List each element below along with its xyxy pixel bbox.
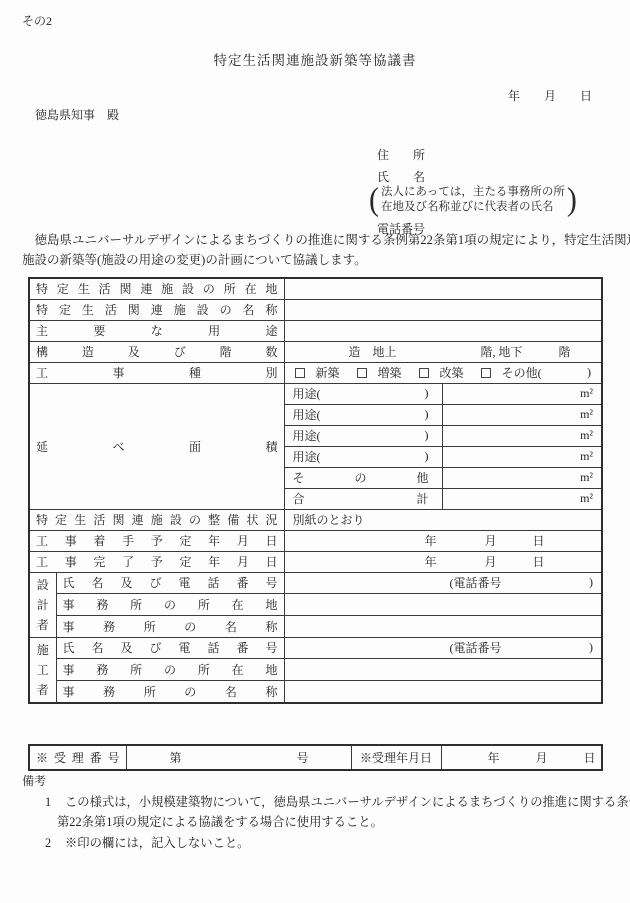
checkbox-new-construction[interactable] bbox=[295, 368, 305, 378]
note-item-2-text: ※印の欄には，記入しないこと。 bbox=[65, 836, 249, 850]
table-row: 工 事 完 了 予 定 年 月 日 年 月 日 bbox=[29, 551, 602, 572]
receipt-table: ※ 受 理 番 号 第号 ※受理年月日 年 月 日 bbox=[28, 744, 603, 771]
body-paragraph-line1: 徳島県ユニバーサルデザインによるまちづくりの推進に関する条例第22条第1項の規定… bbox=[22, 230, 630, 248]
table-row: 事 務 所 の 名 称 bbox=[29, 615, 602, 637]
work-type-field: 新築 増築 改築 その他( ) bbox=[284, 362, 602, 383]
applicant-address-label: 住 所 bbox=[377, 146, 425, 163]
use-open: 用途( bbox=[293, 427, 321, 444]
body-paragraph-line2: 施設の新築等(施設の用途の変更)の計画について協議します。 bbox=[22, 250, 367, 268]
builder-office-address-field[interactable] bbox=[284, 659, 602, 681]
builder-char: 者 bbox=[37, 681, 49, 698]
area-use-4[interactable]: 用途() bbox=[284, 446, 442, 467]
builder-name-phone-field[interactable]: (電話番号) bbox=[284, 637, 602, 659]
notes-heading: 備考 bbox=[22, 772, 46, 789]
use-open: 用途( bbox=[293, 406, 321, 423]
facility-name-label: 特 定 生 活 関 連 施 設 の 名 称 bbox=[29, 299, 284, 320]
phone-paren-close: ) bbox=[589, 640, 593, 655]
note-item-1-line1: 1この様式は，小規模建築物について，徳島県ユニバーサルデザインによるまちづくりの… bbox=[45, 792, 630, 810]
use-close: ) bbox=[425, 428, 429, 443]
corporation-note-line1: 法人にあっては，主たる事務所の所 bbox=[381, 185, 565, 200]
table-row: 工 事 種 別 新築 増築 改築 その他( ) bbox=[29, 362, 602, 383]
area-value-1[interactable]: m² bbox=[442, 383, 602, 404]
maintenance-status-label: 特 定 生 活 関 連 施 設 の 整 備 状 況 bbox=[29, 509, 284, 530]
designer-name-phone-label: 氏 名 及 び 電 話 番 号 bbox=[56, 572, 284, 594]
table-row: 主 要 な 用 途 bbox=[29, 320, 602, 341]
phone-paren-open: (電話番号 bbox=[450, 574, 502, 591]
area-value-4[interactable]: m² bbox=[442, 446, 602, 467]
corporation-note: ( 法人にあっては，主たる事務所の所 在地及び名称並びに代表者の氏名 ) bbox=[369, 184, 577, 216]
main-use-label: 主 要 な 用 途 bbox=[29, 320, 284, 341]
other-close-paren: ) bbox=[587, 365, 591, 380]
use-close: ) bbox=[425, 407, 429, 422]
use-close: ) bbox=[425, 449, 429, 464]
table-row: 事 務 所 の 所 在 地 bbox=[29, 659, 602, 681]
use-open: 用途( bbox=[293, 385, 321, 402]
area-total-label: 合 計 bbox=[284, 488, 442, 509]
main-use-field[interactable] bbox=[284, 320, 602, 341]
main-form-table: 特 定 生 活 関 連 施 設 の 所 在 地 特 定 生 活 関 連 施 設 … bbox=[28, 277, 603, 704]
table-row: 施 工 者 氏 名 及 び 電 話 番 号 (電話番号) bbox=[29, 637, 602, 659]
receipt-number-field[interactable]: 第号 bbox=[126, 745, 351, 770]
use-open: 用途( bbox=[293, 448, 321, 465]
table-row: 工 事 着 手 予 定 年 月 日 年 月 日 bbox=[29, 530, 602, 551]
receipt-number-label: ※ 受 理 番 号 bbox=[29, 745, 126, 770]
designer-group-label: 設 計 者 bbox=[29, 572, 56, 637]
note-item-2-number: 2 bbox=[45, 836, 65, 851]
builder-office-address-label: 事 務 所 の 所 在 地 bbox=[56, 659, 284, 681]
table-row: 構 造 及 び 階 数 造 地上 階, 地下 階 bbox=[29, 341, 602, 362]
builder-office-name-field[interactable] bbox=[284, 681, 602, 703]
note-item-1-text: この様式は，小規模建築物について，徳島県ユニバーサルデザインによるまちづくりの推… bbox=[65, 795, 630, 809]
table-row: 事 務 所 の 所 在 地 bbox=[29, 594, 602, 616]
floor-area-label: 延 べ 面 積 bbox=[29, 383, 284, 509]
designer-char: 者 bbox=[37, 616, 49, 633]
note-item-2: 2※印の欄には，記入しないこと。 bbox=[45, 833, 249, 851]
phone-paren-open: (電話番号 bbox=[450, 639, 502, 656]
table-row: 特 定 生 活 関 連 施 設 の 名 称 bbox=[29, 299, 602, 320]
facility-name-field[interactable] bbox=[284, 299, 602, 320]
work-type-options: 新築 増築 改築 その他( ) bbox=[285, 364, 602, 381]
receipt-date-field[interactable]: 年 月 日 bbox=[441, 745, 602, 770]
table-row: 設 計 者 氏 名 及 び 電 話 番 号 (電話番号) bbox=[29, 572, 602, 594]
table-row: 延 べ 面 積 用途() m² bbox=[29, 383, 602, 404]
checkbox-remodel[interactable] bbox=[419, 368, 429, 378]
facility-location-label: 特 定 生 活 関 連 施 設 の 所 在 地 bbox=[29, 278, 284, 299]
option-label-remodel: 改築 bbox=[440, 364, 464, 381]
receipt-number-close: 号 bbox=[296, 749, 308, 766]
option-label-new: 新築 bbox=[316, 364, 340, 381]
applicant-name-label: 氏 名 bbox=[377, 168, 425, 185]
designer-office-address-label: 事 務 所 の 所 在 地 bbox=[56, 594, 284, 616]
corporation-note-line2: 在地及び名称並びに代表者の氏名 bbox=[381, 200, 565, 215]
maintenance-status-value: 別紙のとおり bbox=[284, 509, 602, 530]
area-use-3[interactable]: 用途() bbox=[284, 425, 442, 446]
area-value-2[interactable]: m² bbox=[442, 404, 602, 425]
open-paren-glyph: ( bbox=[369, 182, 379, 217]
builder-group-label: 施 工 者 bbox=[29, 637, 56, 703]
builder-name-phone-label: 氏 名 及 び 電 話 番 号 bbox=[56, 637, 284, 659]
form-page: その2 特定生活関連施設新築等協議書 年 月 日 徳島県知事 殿 住 所 氏 名… bbox=[0, 0, 630, 903]
area-total-value[interactable]: m² bbox=[442, 488, 602, 509]
checkbox-other[interactable] bbox=[481, 368, 491, 378]
table-row: 特 定 生 活 関 連 施 設 の 整 備 状 況 別紙のとおり bbox=[29, 509, 602, 530]
designer-office-name-label: 事 務 所 の 名 称 bbox=[56, 615, 284, 637]
area-use-2[interactable]: 用途() bbox=[284, 404, 442, 425]
checkbox-extension[interactable] bbox=[357, 368, 367, 378]
structure-floors-field[interactable]: 造 地上 階, 地下 階 bbox=[284, 341, 602, 362]
designer-office-address-field[interactable] bbox=[284, 594, 602, 616]
table-row: 事 務 所 の 名 称 bbox=[29, 681, 602, 703]
table-row: ※ 受 理 番 号 第号 ※受理年月日 年 月 日 bbox=[29, 745, 602, 770]
note-item-1-number: 1 bbox=[45, 795, 65, 810]
facility-location-field[interactable] bbox=[284, 278, 602, 299]
form-title: 特定生活関連施設新築等協議書 bbox=[0, 49, 630, 69]
phone-paren-close: ) bbox=[589, 575, 593, 590]
designer-char: 設 bbox=[37, 576, 49, 593]
builder-office-name-label: 事 務 所 の 名 称 bbox=[56, 681, 284, 703]
area-value-3[interactable]: m² bbox=[442, 425, 602, 446]
area-other-label: そ の 他 bbox=[284, 467, 442, 488]
close-paren-glyph: ) bbox=[567, 182, 577, 217]
option-label-extension: 増築 bbox=[378, 364, 402, 381]
receipt-date-label: ※受理年月日 bbox=[351, 745, 441, 770]
work-finish-date-label: 工 事 完 了 予 定 年 月 日 bbox=[29, 551, 284, 572]
corporation-note-text: 法人にあっては，主たる事務所の所 在地及び名称並びに代表者の氏名 bbox=[379, 185, 567, 215]
designer-char: 計 bbox=[37, 596, 49, 613]
work-type-label: 工 事 種 別 bbox=[29, 362, 284, 383]
submission-date-line: 年 月 日 bbox=[508, 87, 592, 104]
work-finish-date-field[interactable]: 年 月 日 bbox=[284, 551, 602, 572]
addressee-governor: 徳島県知事 殿 bbox=[35, 106, 119, 123]
use-close: ) bbox=[425, 386, 429, 401]
table-row: 特 定 生 活 関 連 施 設 の 所 在 地 bbox=[29, 278, 602, 299]
work-start-date-field[interactable]: 年 月 日 bbox=[284, 530, 602, 551]
area-other-value[interactable]: m² bbox=[442, 467, 602, 488]
designer-office-name-field[interactable] bbox=[284, 615, 602, 637]
builder-char: 施 bbox=[37, 641, 49, 658]
note-item-1-line2: 第22条第1項の規定による協議をする場合に使用すること。 bbox=[57, 812, 383, 830]
form-sheet-number: その2 bbox=[22, 12, 52, 29]
builder-char: 工 bbox=[37, 661, 49, 678]
area-use-1[interactable]: 用途() bbox=[284, 383, 442, 404]
option-label-other: その他( bbox=[502, 364, 542, 381]
structure-floors-label: 構 造 及 び 階 数 bbox=[29, 341, 284, 362]
work-start-date-label: 工 事 着 手 予 定 年 月 日 bbox=[29, 530, 284, 551]
receipt-number-open: 第 bbox=[170, 749, 182, 766]
designer-name-phone-field[interactable]: (電話番号) bbox=[284, 572, 602, 594]
